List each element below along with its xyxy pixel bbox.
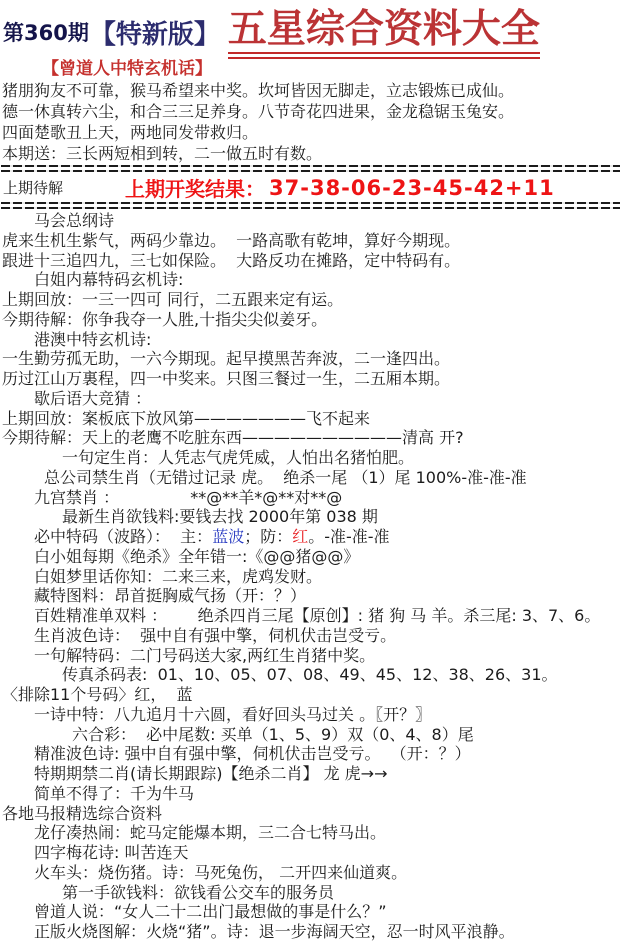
text-segment: 精准波色诗: 强中自有强中擎，伺机伏击岂受亏。 （开：？）	[34, 744, 471, 763]
text-segment: 传真杀码表: 01、10、05、07、08、49、45、12、38、26、31。	[62, 665, 558, 684]
content-line: 总公司禁生肖（无错过记录 虎。 绝杀一尾 （1）尾 100%-准-准-准	[0, 468, 621, 488]
text-segment: 白姐内幕特码玄机诗:	[34, 270, 183, 289]
page-title: 五星综合资料大全	[228, 6, 540, 59]
text-segment: 〈排除11个号码〉红， 蓝	[2, 685, 193, 704]
edition-tag: 【特新版】	[90, 14, 220, 51]
lottery-info-sheet: 第360期 【特新版】 五星综合资料大全 【曾道人中特玄机话】 猪朋狗友不可靠，…	[0, 0, 621, 947]
text-segment: 六合彩： 必中尾数: 买单（1、5、9）双（0、4、8）尾	[72, 725, 474, 744]
content-line: 白小姐每期《绝杀》全年错一:《@@猪@@》	[0, 547, 621, 567]
text-segment: 一诗中特：八九追月十六圆，看好回头马过关 。〖开？〗	[34, 705, 431, 724]
content-line: 今期待解：你争我夺一人胜,十指尖尖似姜牙。	[0, 310, 621, 330]
text-segment: 跟进十三追四九，三七如保险。 大路反功在摊路，定中特码有。	[2, 251, 460, 270]
content-line: 正版火烧图解：火烧“猪”。诗：退一步海阔天空，忍一时风平浪静。	[0, 922, 621, 942]
result-numbers: 37-38-06-23-45-42+11	[269, 176, 555, 200]
text-segment: 马会总纲诗	[34, 211, 114, 230]
content-line: 第一手欲钱料：欲钱看公交车的服务员	[0, 883, 621, 903]
content-line: 传真杀码表: 01、10、05、07、08、49、45、12、38、26、31。	[0, 665, 621, 685]
text-segment: 蓝波	[212, 527, 244, 546]
text-segment: 总公司禁生肖（无错过记录 虎。 绝杀一尾 （1）尾 100%-准-准-准	[44, 468, 527, 487]
text-segment: 港澳中特玄机诗:	[34, 330, 151, 349]
content-line: 曾道人说：“女人二十二出门最想做的事是什么？”	[0, 902, 621, 922]
header: 第360期 【特新版】 五星综合资料大全	[0, 0, 621, 58]
text-segment: 一句解特码：二门号码送大家,两红生肖猪中奖。	[34, 646, 375, 665]
subtitle: 【曾道人中特玄机话】	[42, 58, 621, 80]
content-line: 上期回放：一三一四可 同行，二五跟来定有运。	[0, 290, 621, 310]
content-line: 一句定生肖：人凭志气虎凭威，人怕出名猪怕肥。	[0, 448, 621, 468]
text-segment: 简单不得了：千为牛马	[34, 784, 194, 803]
content-line: 六合彩： 必中尾数: 买单（1、5、9）双（0、4、8）尾	[0, 725, 621, 745]
content-line: 精准波色诗: 强中自有强中擎，伺机伏击岂受亏。 （开：？）	[0, 744, 621, 764]
intro-line: 德一休真转六尘，和合三三足养身。八节奇花四进果，金龙稳锯玉兔安。	[0, 101, 621, 122]
text-segment: 火车头：烧伤猪。诗：马死兔伤， 二开四来仙道爽。	[34, 863, 407, 882]
content-line: 特期期禁二肖(请长期跟踪)【绝杀二肖】 龙 虎→→	[0, 764, 621, 784]
intro-line: 本期送：三长两短相到转，二一做五时有数。	[0, 143, 621, 164]
text-segment: 九宫禁肖 ： **@**羊*@**对**@	[34, 488, 342, 507]
content-line: 最新生肖欲钱料:要钱去找 2000年第 038 期	[0, 507, 621, 527]
text-segment: 藏特图料：昂首挺胸威气扬（开：？）	[34, 586, 306, 605]
content-line: 歇后语大竞猜 ：	[0, 389, 621, 409]
text-segment: 上期回放：一三一四可 同行，二五跟来定有运。	[2, 290, 343, 309]
text-segment: 正版火烧图解：火烧“猪”。诗：退一步海阔天空，忍一时风平浪静。	[34, 922, 515, 941]
content-line: 四字梅花诗: 叫苦连天	[0, 843, 621, 863]
divider-top	[1, 164, 620, 174]
content-line: 简单不得了：千为牛马	[0, 784, 621, 804]
content-line: 火车头：烧伤猪。诗：马死兔伤， 二开四来仙道爽。	[0, 863, 621, 883]
text-segment: 歇后语大竞猜 ：	[34, 389, 151, 408]
text-segment: 上期回放：案板底下放风第———————飞不起来	[2, 409, 370, 428]
text-segment: 白姐梦里话你知：二来三来，虎鸡发财。	[34, 567, 322, 586]
content-line: 白姐内幕特码玄机诗:	[0, 270, 621, 290]
content-line: 生肖波色诗： 强中自有强中擎，伺机伏击岂受亏。	[0, 626, 621, 646]
text-segment: 今期待解：你争我夺一人胜,十指尖尖似姜牙。	[2, 310, 327, 329]
content-line: 九宫禁肖 ： **@**羊*@**对**@	[0, 488, 621, 508]
content-line: 上期回放：案板底下放风第———————飞不起来	[0, 409, 621, 429]
text-segment: 四字梅花诗: 叫苦连天	[34, 843, 188, 862]
content-line: 虎来生机生紫气，两码少靠边。 一路高歌有乾坤，算好今期现。	[0, 231, 621, 251]
text-segment: 一生勤劳孤无助，一六今期现。起早摸黑苦奔波，二一逢四出。	[2, 349, 450, 368]
text-segment: 历过江山万裏程，四一中奖来。只图三餐过一生，二五厢本期。	[2, 369, 450, 388]
text-segment: 百姓精准单双料 ： 绝杀四肖三尾【原创】: 猪 狗 马 羊。杀三尾: 3、7、6…	[34, 606, 600, 625]
content-line: 白姐梦里话你知：二来三来，虎鸡发财。	[0, 567, 621, 587]
content-line: 马会总纲诗	[0, 211, 621, 231]
content-line: 一生勤劳孤无助，一六今期现。起早摸黑苦奔波，二一逢四出。	[0, 349, 621, 369]
text-segment: 第一手欲钱料：欲钱看公交车的服务员	[62, 883, 334, 902]
content-line: 港澳中特玄机诗:	[0, 330, 621, 350]
text-segment: 生肖波色诗： 强中自有强中擎，伺机伏击岂受亏。	[34, 626, 396, 645]
content-line: 必中特码（波路）： 主：蓝波；防：红。-准-准-准	[0, 527, 621, 547]
intro-line: 四面楚歌丑上天，两地同发带救归。	[0, 122, 621, 143]
content-line: 百姓精准单双料 ： 绝杀四肖三尾【原创】: 猪 狗 马 羊。杀三尾: 3、7、6…	[0, 606, 621, 626]
divider-bottom	[1, 201, 620, 211]
text-segment: 各地马报精选综合资料	[2, 804, 162, 823]
intro-verse-block: 猪朋狗友不可靠，猴马希望来中奖。坎坷皆因无脚走，立志锻炼已成仙。德一休真转六尘，…	[0, 80, 621, 164]
content-line: 历过江山万裏程，四一中奖来。只图三餐过一生，二五厢本期。	[0, 369, 621, 389]
pending-label: 上期待解	[3, 177, 63, 198]
text-segment: 曾道人说：“女人二十二出门最想做的事是什么？”	[34, 902, 387, 921]
text-segment: 今期待解：天上的老鹰不吃脏东西——————————清高 开?	[2, 428, 464, 447]
content-line: 各地马报精选综合资料	[0, 804, 621, 824]
text-segment: ；防：	[244, 527, 292, 546]
text-segment: 龙仔凑热闹：蛇马定能爆本期，三二合七特马出。	[34, 823, 386, 842]
text-segment: 最新生肖欲钱料:要钱去找 2000年第 038 期	[62, 507, 378, 526]
text-segment: 必中特码（波路）： 主：	[34, 527, 212, 546]
intro-line: 猪朋狗友不可靠，猴马希望来中奖。坎坷皆因无脚走，立志锻炼已成仙。	[0, 80, 621, 101]
result-bar: 上期待解 上期开奖结果： 37-38-06-23-45-42+11	[0, 174, 621, 201]
text-segment: 特期期禁二肖(请长期跟踪)【绝杀二肖】 龙 虎→→	[34, 764, 387, 783]
text-segment: 虎来生机生紫气，两码少靠边。 一路高歌有乾坤，算好今期现。	[2, 231, 460, 250]
text-segment: 红	[292, 527, 308, 546]
content-line: 跟进十三追四九，三七如保险。 大路反功在摊路，定中特码有。	[0, 251, 621, 271]
content-line: 一句解特码：二门号码送大家,两红生肖猪中奖。	[0, 646, 621, 666]
content-line: 龙仔凑热闹：蛇马定能爆本期，三二合七特马出。	[0, 823, 621, 843]
content-line: 藏特图料：昂首挺胸威气扬（开：？）	[0, 586, 621, 606]
content-lines: 马会总纲诗虎来生机生紫气，两码少靠边。 一路高歌有乾坤，算好今期现。跟进十三追四…	[0, 211, 621, 942]
text-segment: 白小姐每期《绝杀》全年错一:《@@猪@@》	[34, 547, 359, 566]
issue-number: 第360期	[3, 17, 89, 47]
text-segment: 一句定生肖：人凭志气虎凭威，人怕出名猪怕肥。	[62, 448, 414, 467]
content-line: 今期待解：天上的老鹰不吃脏东西——————————清高 开?	[0, 428, 621, 448]
content-line: 〈排除11个号码〉红， 蓝	[0, 685, 621, 705]
result-label: 上期开奖结果：	[125, 173, 265, 202]
text-segment: 。-准-准-准	[308, 527, 389, 546]
content-line: 一诗中特：八九追月十六圆，看好回头马过关 。〖开？〗	[0, 705, 621, 725]
